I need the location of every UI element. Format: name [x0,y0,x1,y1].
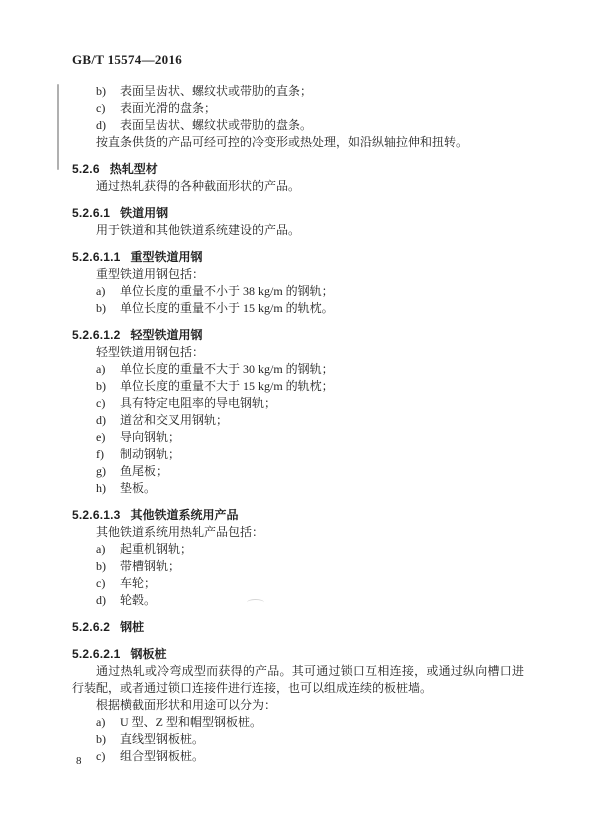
list-item: c) 表面光滑的盘条； [96,100,524,117]
list-item: e) 导向钢轨； [96,429,524,446]
document-page: GB/T 15574—2016 b) 表面呈齿状、螺纹状或带肋的直条； c) 表… [0,0,591,819]
list-item-text: 垫板。 [120,480,524,497]
list-item-text: U 型、Z 型和帽型钢板桩。 [120,714,524,731]
paragraph: 通过热轧或冷弯成型而获得的产品。其可通过锁口互相连接，或通过纵向槽口进行装配，或… [72,663,524,697]
list-item-letter: d) [96,117,120,134]
list-item-text: 轮毂。 [120,592,524,609]
standard-number-header: GB/T 15574—2016 [72,52,182,68]
list-item: c) 车轮； [96,575,524,592]
list-item: d) 道岔和交叉用钢轨； [96,412,524,429]
list-item: c) 具有特定电阻率的导电钢轨； [96,395,524,412]
list-item: h) 垫板。 [96,480,524,497]
list-item: a) U 型、Z 型和帽型钢板桩。 [96,714,524,731]
list-item: b) 带槽钢轨； [96,558,524,575]
list-item-letter: f) [96,446,120,463]
list-item: d) 轮毂。 [96,592,524,609]
section-heading: 5.2.6热轧型材 [72,160,524,178]
list-item: f) 制动钢轨； [96,446,524,463]
section-number: 5.2.6.1.1 [72,250,121,264]
list-item-text: 单位长度的重量不小于 38 kg/m 的钢轨； [120,283,524,300]
list-item-text: 单位长度的重量不大于 15 kg/m 的轨枕； [120,378,524,395]
list-item-letter: b) [96,731,120,748]
list-item-letter: b) [96,83,120,100]
list-item: c) 组合型钢板桩。 [96,748,524,765]
list-item: a) 单位长度的重量不大于 30 kg/m 的钢轨； [96,361,524,378]
list-item-text: 表面呈齿状、螺纹状或带肋的盘条。 [120,117,524,134]
document-content: b) 表面呈齿状、螺纹状或带肋的直条； c) 表面光滑的盘条； d) 表面呈齿状… [72,83,524,765]
section-heading: 5.2.6.2.1钢板桩 [72,645,524,663]
scan-noise-mark [247,599,264,606]
paragraph: 重型铁道用钢包括： [72,266,524,283]
section-number: 5.2.6.2.1 [72,647,121,661]
paragraph: 按直条供货的产品可经可控的冷变形或热处理，如沿纵轴拉伸和扭转。 [72,134,524,151]
section-number: 5.2.6 [72,162,100,176]
section-heading: 5.2.6.2钢桩 [72,618,524,636]
list-item-text: 单位长度的重量不小于 15 kg/m 的轨枕。 [120,300,524,317]
list-item-text: 表面光滑的盘条； [120,100,524,117]
list-item-text: 车轮； [120,575,524,592]
list-item-letter: b) [96,378,120,395]
section-title: 热轧型材 [110,162,158,176]
list-item-letter: g) [96,463,120,480]
section-heading: 5.2.6.1.2轻型铁道用钢 [72,326,524,344]
section-title: 钢板桩 [131,647,167,661]
list-item-text: 起重机钢轨； [120,541,524,558]
section-number: 5.2.6.1 [72,206,110,220]
list-item: a) 单位长度的重量不小于 38 kg/m 的钢轨； [96,283,524,300]
list-item-letter: c) [96,100,120,117]
list-item-text: 组合型钢板桩。 [120,748,524,765]
list-item-letter: b) [96,558,120,575]
list-item-letter: c) [96,575,120,592]
list-item: a) 起重机钢轨； [96,541,524,558]
paragraph: 轻型铁道用钢包括： [72,344,524,361]
section-title: 钢桩 [120,620,144,634]
list-item: b) 表面呈齿状、螺纹状或带肋的直条； [96,83,524,100]
list-item: b) 直线型钢板桩。 [96,731,524,748]
list-item-letter: c) [96,748,120,765]
section-title: 重型铁道用钢 [131,250,203,264]
section-title: 其他铁道系统用产品 [131,508,239,522]
list-item-letter: a) [96,714,120,731]
list-item-text: 单位长度的重量不大于 30 kg/m 的钢轨； [120,361,524,378]
page-number: 8 [76,755,82,767]
paragraph: 其他铁道系统用热轧产品包括： [72,524,524,541]
list-item-text: 直线型钢板桩。 [120,731,524,748]
paragraph: 通过热轧获得的各种截面形状的产品。 [72,178,524,195]
list-item-text: 鱼尾板； [120,463,524,480]
section-number: 5.2.6.1.2 [72,328,121,342]
list-item-letter: h) [96,480,120,497]
list-item-letter: c) [96,395,120,412]
list-item-letter: a) [96,283,120,300]
section-number: 5.2.6.2 [72,620,110,634]
scan-margin-line [57,84,59,170]
list-item: b) 单位长度的重量不小于 15 kg/m 的轨枕。 [96,300,524,317]
section-heading: 5.2.6.1.1重型铁道用钢 [72,248,524,266]
paragraph: 根据横截面形状和用途可以分为： [72,697,524,714]
section-heading: 5.2.6.1铁道用钢 [72,204,524,222]
paragraph: 用于铁道和其他铁道系统建设的产品。 [72,222,524,239]
list-item-text: 带槽钢轨； [120,558,524,575]
list-item-letter: b) [96,300,120,317]
list-item-text: 道岔和交叉用钢轨； [120,412,524,429]
section-title: 轻型铁道用钢 [131,328,203,342]
list-item-text: 导向钢轨； [120,429,524,446]
list-item: b) 单位长度的重量不大于 15 kg/m 的轨枕； [96,378,524,395]
list-item: g) 鱼尾板； [96,463,524,480]
list-item-letter: e) [96,429,120,446]
list-item-text: 表面呈齿状、螺纹状或带肋的直条； [120,83,524,100]
section-number: 5.2.6.1.3 [72,508,121,522]
list-item-letter: d) [96,592,120,609]
section-title: 铁道用钢 [120,206,168,220]
section-heading: 5.2.6.1.3其他铁道系统用产品 [72,506,524,524]
list-item-text: 具有特定电阻率的导电钢轨； [120,395,524,412]
list-item-letter: a) [96,541,120,558]
list-item: d) 表面呈齿状、螺纹状或带肋的盘条。 [96,117,524,134]
list-item-text: 制动钢轨； [120,446,524,463]
list-item-letter: a) [96,361,120,378]
list-item-letter: d) [96,412,120,429]
